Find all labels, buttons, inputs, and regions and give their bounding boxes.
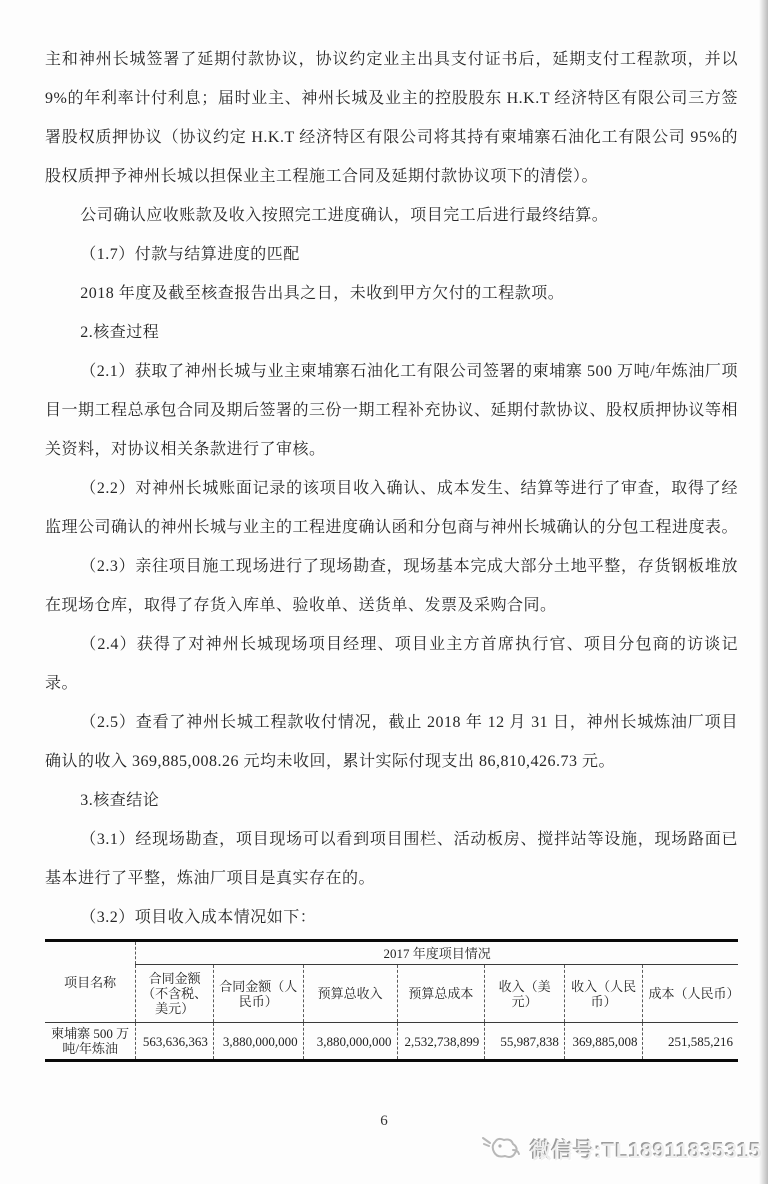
paragraph: （3.1）经现场勘查，项目现场可以看到项目围栏、活动板房、搅拌站等设施，现场路面… <box>45 820 738 898</box>
cell-cost-cny: 251,585,216 <box>643 1023 738 1061</box>
th-contract-amount-usd: 合同金额（不含税、美元） <box>136 965 214 1023</box>
table-data-row: 柬埔寨 500 万吨/年炼油 563,636,363 3,880,000,000… <box>45 1023 738 1061</box>
th-project-name: 项目名称 <box>45 941 136 1023</box>
scan-edge-shadow <box>759 0 768 1184</box>
section-heading: 2.核查过程 <box>45 313 738 352</box>
body-text: 主和神州长城签署了延期付款协议，协议约定业主出具支付证书后，延期支付工程款项，并… <box>45 40 738 1062</box>
watermark-text: 微信号:TL18911835315 <box>531 1135 762 1165</box>
paragraph: （3.2）项目收入成本情况如下： <box>45 898 738 937</box>
cell-contract-amount-usd: 563,636,363 <box>136 1023 214 1061</box>
cell-project-name: 柬埔寨 500 万吨/年炼油 <box>45 1023 136 1061</box>
th-cost-cny: 成本（人民币） <box>643 965 738 1023</box>
th-income-usd: 收入（美元） <box>485 965 565 1023</box>
paragraph: 2018 年度及截至核查报告出具之日，未收到甲方欠付的工程款项。 <box>45 274 738 313</box>
watermark: 微信号:TL18911835315 <box>479 1130 762 1169</box>
paragraph: 主和神州长城签署了延期付款协议，协议约定业主出具支付证书后，延期支付工程款项，并… <box>45 40 738 196</box>
th-budget-cost: 预算总成本 <box>397 965 485 1023</box>
cell-contract-amount-cny: 3,880,000,000 <box>213 1023 303 1061</box>
th-year-header: 2017 年度项目情况 <box>136 941 738 965</box>
document-page: 主和神州长城签署了延期付款协议，协议约定业主出具支付证书后，延期支付工程款项，并… <box>0 0 768 1184</box>
cell-income-usd: 55,987,838 <box>485 1023 565 1061</box>
cell-income-cny: 369,885,008 <box>564 1023 643 1061</box>
th-income-cny: 收入（人民币） <box>564 965 643 1023</box>
paragraph: （2.2）对神州长城账面记录的该项目收入确认、成本发生、结算等进行了审查，取得了… <box>45 469 738 547</box>
cell-budget-cost: 2,532,738,899 <box>397 1023 485 1061</box>
paragraph: （1.7）付款与结算进度的匹配 <box>45 235 738 274</box>
paragraph: （2.1）获取了神州长城与业主柬埔寨石油化工有限公司签署的柬埔寨 500 万吨/… <box>45 352 738 469</box>
paragraph: 公司确认应收账款及收入按照完工进度确认，项目完工后进行最终结算。 <box>45 196 738 235</box>
table-header-row: 合同金额（不含税、美元） 合同金额（人民币） 预算总收入 预算总成本 收入（美元… <box>45 965 738 1023</box>
wechat-doodle-icon <box>479 1130 523 1169</box>
section-heading: 3.核查结论 <box>45 781 738 820</box>
page-number: 6 <box>0 1113 768 1130</box>
paragraph: （2.3）亲往项目施工现场进行了现场勘查，现场基本完成大部分土地平整，存货钢板堆… <box>45 547 738 625</box>
paragraph: （2.4）获得了对神州长城现场项目经理、项目业主方首席执行官、项目分包商的访谈记… <box>45 625 738 703</box>
table-year-row: 项目名称 2017 年度项目情况 <box>45 941 738 965</box>
th-contract-amount-cny: 合同金额（人民币） <box>213 965 303 1023</box>
th-budget-revenue: 预算总收入 <box>303 965 397 1023</box>
paragraph: （2.5）查看了神州长城工程款收付情况，截止 2018 年 12 月 31 日，… <box>45 703 738 781</box>
cell-budget-revenue: 3,880,000,000 <box>303 1023 397 1061</box>
project-table: 项目名称 2017 年度项目情况 合同金额（不含税、美元） 合同金额（人民币） … <box>45 939 738 1062</box>
